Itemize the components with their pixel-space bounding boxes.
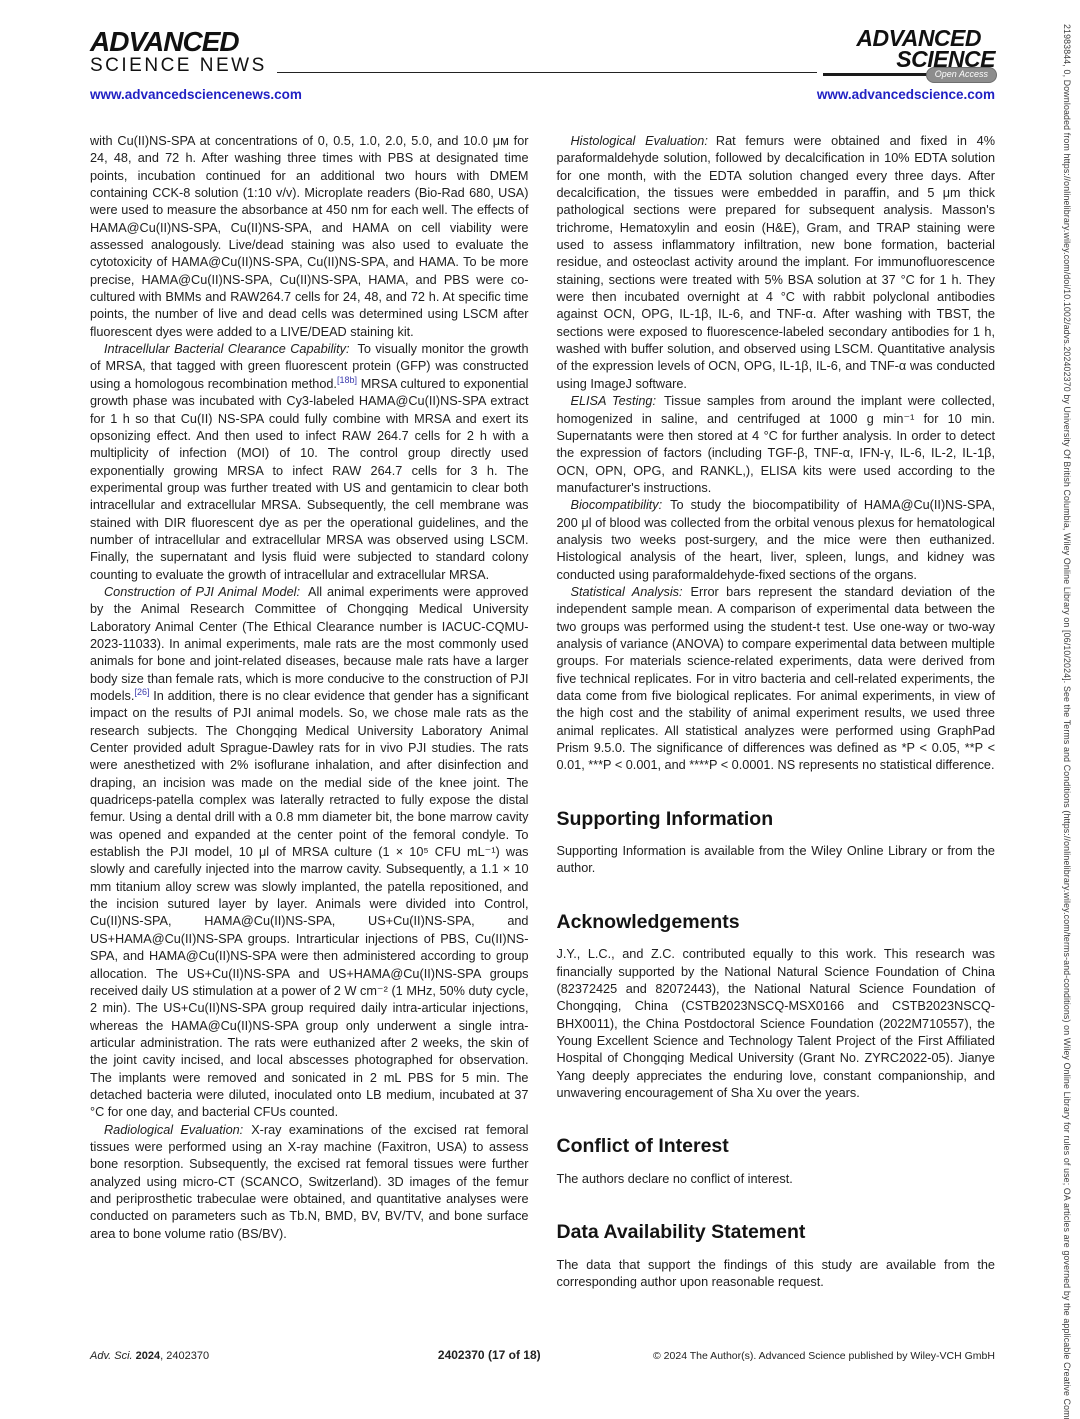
- download-license-sidebar-text: 21983844, 0, Downloaded from https://onl…: [1062, 24, 1072, 1404]
- logo-underline: Open Access: [823, 73, 995, 76]
- conflict-of-interest-text: The authors declare no conflict of inter…: [557, 1171, 996, 1188]
- open-access-badge: Open Access: [926, 67, 997, 83]
- reference-citation-18b[interactable]: [18b]: [337, 375, 357, 385]
- paragraph-histological-evaluation: Histological Evaluation:Rat femurs were …: [557, 133, 996, 393]
- method-lead-italic: ELISA Testing:: [571, 394, 657, 408]
- paragraph-intracellular-clearance: Intracellular Bacterial Clearance Capabi…: [90, 341, 529, 584]
- paragraph-elisa-testing: ELISA Testing:Tissue samples from around…: [557, 393, 996, 497]
- method-lead-italic: Biocompatibility:: [571, 498, 663, 512]
- paragraph-text: Tissue samples from around the implant w…: [557, 394, 996, 495]
- method-lead-italic: Intracellular Bacterial Clearance Capabi…: [104, 342, 350, 356]
- advancedsciencenews-url-link[interactable]: www.advancedsciencenews.com: [90, 87, 302, 102]
- supporting-information-text: Supporting Information is available from…: [557, 843, 996, 878]
- journal-page: ADVANCED SCIENCE NEWS ADVANCED SCIENCE O…: [0, 0, 1080, 1419]
- logo-line1: ADVANCED: [90, 28, 267, 56]
- advanced-science-logo: ADVANCED SCIENCE Open Access: [823, 28, 995, 76]
- advancedscience-url-link[interactable]: www.advancedscience.com: [817, 87, 995, 102]
- acknowledgements-text: J.Y., L.C., and Z.C. contributed equally…: [557, 946, 996, 1102]
- method-lead-italic: Histological Evaluation:: [571, 134, 708, 148]
- method-lead-italic: Radiological Evaluation:: [104, 1123, 243, 1137]
- column-left: with Cu(II)NS-SPA at concentrations of 0…: [90, 133, 529, 1291]
- method-lead-italic: Construction of PJI Animal Model:: [104, 585, 300, 599]
- column-right: Histological Evaluation:Rat femurs were …: [557, 133, 996, 1291]
- page-footer: Adv. Sci. 2024, 2402370 2402370 (17 of 1…: [90, 1348, 995, 1362]
- article-body: with Cu(II)NS-SPA at concentrations of 0…: [90, 133, 995, 1291]
- footer-article-number: , 2402370: [160, 1350, 209, 1362]
- paragraph-biocompatibility: Biocompatibility:To study the biocompati…: [557, 497, 996, 584]
- footer-citation: Adv. Sci. 2024, 2402370: [90, 1350, 356, 1362]
- logo-line2: SCIENCE NEWS: [90, 56, 267, 76]
- paragraph-pji-animal-model: Construction of PJI Animal Model:All ani…: [90, 584, 529, 1122]
- paragraph-text: Rat femurs were obtained and fixed in 4%…: [557, 134, 996, 391]
- paragraph-text: Error bars represent the standard deviat…: [557, 585, 996, 772]
- paragraph-text: MRSA cultured to exponential growth phas…: [90, 377, 529, 582]
- paragraph-statistical-analysis: Statistical Analysis:Error bars represen…: [557, 584, 996, 775]
- footer-page-number: 2402370 (17 of 18): [356, 1348, 622, 1362]
- acknowledgements-heading: Acknowledgements: [557, 911, 996, 933]
- data-availability-text: The data that support the findings of th…: [557, 1257, 996, 1292]
- footer-year: 2024: [136, 1350, 160, 1362]
- paragraph-text: X-ray examinations of the excised rat fe…: [90, 1123, 529, 1241]
- supporting-information-heading: Supporting Information: [557, 808, 996, 830]
- advanced-science-news-logo: ADVANCED SCIENCE NEWS: [90, 28, 267, 76]
- conflict-of-interest-heading: Conflict of Interest: [557, 1135, 996, 1157]
- logo-line2: SCIENCE: [823, 49, 995, 70]
- footer-copyright: © 2024 The Author(s). Advanced Science p…: [622, 1350, 995, 1362]
- method-lead-italic: Statistical Analysis:: [571, 585, 683, 599]
- journal-abbrev: Adv. Sci.: [90, 1350, 133, 1362]
- page-header: ADVANCED SCIENCE NEWS ADVANCED SCIENCE O…: [90, 28, 995, 76]
- paragraph-text: with Cu(II)NS-SPA at concentrations of 0…: [90, 134, 529, 339]
- reference-citation-26[interactable]: [26]: [134, 687, 149, 697]
- paragraph-text: All animal experiments were approved by …: [90, 585, 529, 703]
- header-divider-line: [277, 72, 817, 73]
- paragraph-cck8-assay: with Cu(II)NS-SPA at concentrations of 0…: [90, 133, 529, 341]
- data-availability-heading: Data Availability Statement: [557, 1221, 996, 1243]
- paragraph-text: In addition, there is no clear evidence …: [90, 689, 529, 1119]
- paragraph-radiological-evaluation: Radiological Evaluation:X-ray examinatio…: [90, 1122, 529, 1243]
